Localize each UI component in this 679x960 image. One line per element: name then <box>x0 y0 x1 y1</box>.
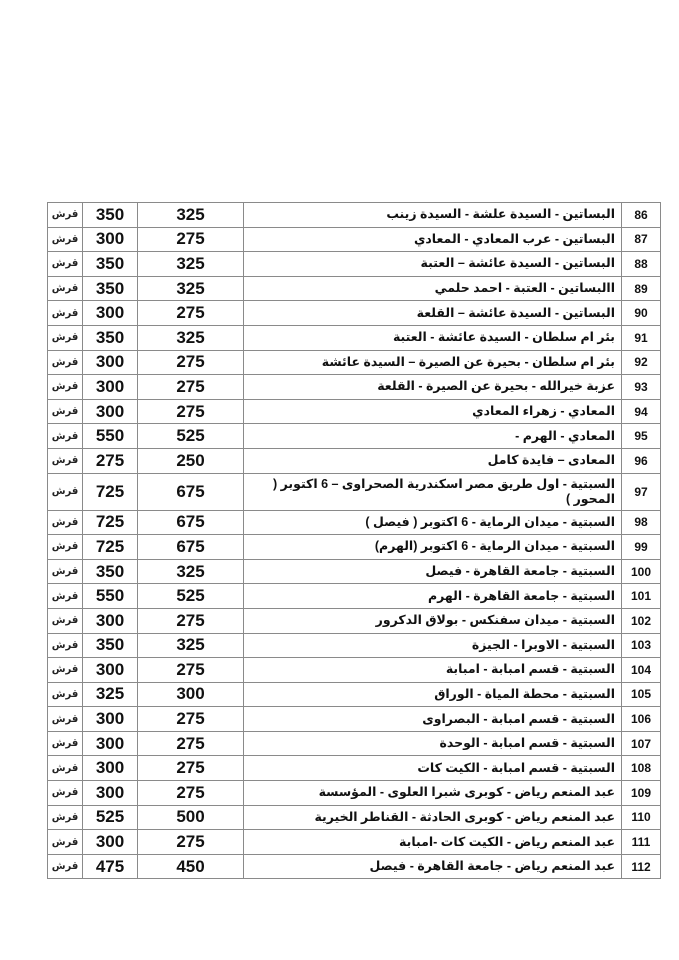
fare-high-cell: 725 <box>83 510 138 535</box>
line-number-cell: 105 <box>622 682 661 707</box>
fare-low-cell: 325 <box>138 276 244 301</box>
fare-low-cell: 275 <box>138 830 244 855</box>
table-row: قرش 475 450 عبد المنعم رياض - جامعة القا… <box>48 854 661 879</box>
route-cell: المعادى – فايدة كامل <box>244 448 622 473</box>
fare-low-cell: 325 <box>138 325 244 350</box>
line-number-cell: 98 <box>622 510 661 535</box>
currency-unit-cell: قرش <box>48 707 83 732</box>
route-cell: بئر ام سلطان - بحيرة عن الصيرة – السيدة … <box>244 350 622 375</box>
fare-high-cell: 300 <box>83 227 138 252</box>
line-number-cell: 108 <box>622 756 661 781</box>
fare-low-cell: 500 <box>138 805 244 830</box>
fare-high-cell: 300 <box>83 707 138 732</box>
line-number-cell: 102 <box>622 608 661 633</box>
currency-unit-cell: قرش <box>48 473 83 510</box>
fare-high-cell: 350 <box>83 559 138 584</box>
currency-unit-cell: قرش <box>48 682 83 707</box>
fare-low-cell: 325 <box>138 252 244 277</box>
fare-high-cell: 300 <box>83 399 138 424</box>
route-cell: السبتية - ميدان سفنكس - بولاق الدكرور <box>244 608 622 633</box>
currency-unit-cell: قرش <box>48 399 83 424</box>
line-number-cell: 92 <box>622 350 661 375</box>
fare-high-cell: 350 <box>83 325 138 350</box>
table-row: قرش 300 275 السبتية - قسم امبابة - البصر… <box>48 707 661 732</box>
fare-table: قرش 350 325 البساتين - السيدة علشة - الس… <box>47 202 661 879</box>
route-cell: السبتية - قسم امبابة - امبابة <box>244 658 622 683</box>
currency-unit-cell: قرش <box>48 510 83 535</box>
table-row: قرش 275 250 المعادى – فايدة كامل 96 <box>48 448 661 473</box>
fare-low-cell: 275 <box>138 227 244 252</box>
fare-high-cell: 350 <box>83 203 138 228</box>
table-row: قرش 300 275 عبد المنعم رياض - الكيت كات … <box>48 830 661 855</box>
currency-unit-cell: قرش <box>48 375 83 400</box>
fare-high-cell: 725 <box>83 535 138 560</box>
fare-high-cell: 725 <box>83 473 138 510</box>
table-row: قرش 725 675 السبتية - ميدان الرماية - 6 … <box>48 510 661 535</box>
fare-high-cell: 300 <box>83 830 138 855</box>
fare-high-cell: 550 <box>83 424 138 449</box>
fare-low-cell: 325 <box>138 559 244 584</box>
line-number-cell: 90 <box>622 301 661 326</box>
line-number-cell: 86 <box>622 203 661 228</box>
table-row: قرش 725 675 السبتية - ميدان الرماية - 6 … <box>48 535 661 560</box>
route-cell: عبد المنعم رياض - كوبرى الحادثة - القناط… <box>244 805 622 830</box>
route-cell: السبتية - قسم امبابة - البصراوى <box>244 707 622 732</box>
table-row: قرش 300 275 البساتين - السيدة عائشة – ال… <box>48 301 661 326</box>
table-row: قرش 300 275 السبتية - ميدان سفنكس - بولا… <box>48 608 661 633</box>
currency-unit-cell: قرش <box>48 559 83 584</box>
route-cell: البساتين - عرب المعادي - المعادي <box>244 227 622 252</box>
fare-high-cell: 550 <box>83 584 138 609</box>
fare-low-cell: 275 <box>138 375 244 400</box>
line-number-cell: 89 <box>622 276 661 301</box>
route-cell: البساتين - السيدة عائشة – القلعة <box>244 301 622 326</box>
line-number-cell: 97 <box>622 473 661 510</box>
currency-unit-cell: قرش <box>48 608 83 633</box>
line-number-cell: 88 <box>622 252 661 277</box>
fare-high-cell: 300 <box>83 608 138 633</box>
route-cell: السبتية - جامعة القاهرة - فيصل <box>244 559 622 584</box>
currency-unit-cell: قرش <box>48 658 83 683</box>
fare-high-cell: 475 <box>83 854 138 879</box>
currency-unit-cell: قرش <box>48 633 83 658</box>
route-cell: السبتية - محطة المياة - الوراق <box>244 682 622 707</box>
line-number-cell: 96 <box>622 448 661 473</box>
route-cell: المعادي - زهراء المعادي <box>244 399 622 424</box>
currency-unit-cell: قرش <box>48 252 83 277</box>
route-cell: السبتية - اول طريق مصر اسكندرية الصحراوى… <box>244 473 622 510</box>
table-row: قرش 300 275 عزبة خيرالله - بحيرة عن الصي… <box>48 375 661 400</box>
fare-low-cell: 275 <box>138 608 244 633</box>
line-number-cell: 99 <box>622 535 661 560</box>
table-row: قرش 300 275 بئر ام سلطان - بحيرة عن الصي… <box>48 350 661 375</box>
fare-low-cell: 675 <box>138 535 244 560</box>
fare-high-cell: 300 <box>83 658 138 683</box>
line-number-cell: 111 <box>622 830 661 855</box>
fare-high-cell: 300 <box>83 756 138 781</box>
fare-low-cell: 450 <box>138 854 244 879</box>
route-cell: االبساتين - العتبة - احمد حلمي <box>244 276 622 301</box>
currency-unit-cell: قرش <box>48 781 83 806</box>
fare-high-cell: 300 <box>83 301 138 326</box>
route-cell: عزبة خيرالله - بحيرة عن الصيرة - القلعة <box>244 375 622 400</box>
route-cell: السبتية - الاوبرا - الجيزة <box>244 633 622 658</box>
currency-unit-cell: قرش <box>48 584 83 609</box>
currency-unit-cell: قرش <box>48 756 83 781</box>
currency-unit-cell: قرش <box>48 854 83 879</box>
table-row: قرش 350 325 بئر ام سلطان - السيدة عائشة … <box>48 325 661 350</box>
route-cell: السبتية - قسم امبابة - الكيت كات <box>244 756 622 781</box>
fare-high-cell: 300 <box>83 375 138 400</box>
table-row: قرش 550 525 المعادي - الهرم - 95 <box>48 424 661 449</box>
fare-low-cell: 525 <box>138 584 244 609</box>
currency-unit-cell: قرش <box>48 731 83 756</box>
fare-high-cell: 350 <box>83 276 138 301</box>
table-row: قرش 525 500 عبد المنعم رياض - كوبرى الحا… <box>48 805 661 830</box>
line-number-cell: 100 <box>622 559 661 584</box>
currency-unit-cell: قرش <box>48 276 83 301</box>
fare-low-cell: 275 <box>138 731 244 756</box>
line-number-cell: 93 <box>622 375 661 400</box>
table-row: قرش 550 525 السبتية - جامعة القاهرة - ال… <box>48 584 661 609</box>
table-row: قرش 300 275 السبتية - قسم امبابة - الكيت… <box>48 756 661 781</box>
line-number-cell: 95 <box>622 424 661 449</box>
currency-unit-cell: قرش <box>48 227 83 252</box>
fare-table-body: قرش 350 325 البساتين - السيدة علشة - الس… <box>48 203 661 879</box>
table-row: قرش 300 275 عبد المنعم رياض - كوبرى شبرا… <box>48 781 661 806</box>
line-number-cell: 104 <box>622 658 661 683</box>
fare-low-cell: 675 <box>138 510 244 535</box>
fare-low-cell: 275 <box>138 301 244 326</box>
line-number-cell: 109 <box>622 781 661 806</box>
currency-unit-cell: قرش <box>48 805 83 830</box>
currency-unit-cell: قرش <box>48 424 83 449</box>
table-row: قرش 350 325 البساتين - السيدة عائشة – ال… <box>48 252 661 277</box>
fare-high-cell: 325 <box>83 682 138 707</box>
fare-high-cell: 300 <box>83 350 138 375</box>
line-number-cell: 110 <box>622 805 661 830</box>
line-number-cell: 106 <box>622 707 661 732</box>
table-row: قرش 300 275 المعادي - زهراء المعادي 94 <box>48 399 661 424</box>
table-row: قرش 350 325 االبساتين - العتبة - احمد حل… <box>48 276 661 301</box>
line-number-cell: 107 <box>622 731 661 756</box>
currency-unit-cell: قرش <box>48 350 83 375</box>
fare-low-cell: 250 <box>138 448 244 473</box>
route-cell: السبتية - جامعة القاهرة - الهرم <box>244 584 622 609</box>
fare-high-cell: 350 <box>83 633 138 658</box>
table-row: قرش 300 275 البساتين - عرب المعادي - الم… <box>48 227 661 252</box>
currency-unit-cell: قرش <box>48 448 83 473</box>
fare-high-cell: 350 <box>83 252 138 277</box>
route-cell: عبد المنعم رياض - الكيت كات -امبابة <box>244 830 622 855</box>
route-cell: المعادي - الهرم - <box>244 424 622 449</box>
table-row: قرش 725 675 السبتية - اول طريق مصر اسكند… <box>48 473 661 510</box>
fare-low-cell: 275 <box>138 707 244 732</box>
route-cell: عبد المنعم رياض - جامعة القاهرة - فيصل <box>244 854 622 879</box>
currency-unit-cell: قرش <box>48 830 83 855</box>
fare-high-cell: 275 <box>83 448 138 473</box>
fare-high-cell: 300 <box>83 781 138 806</box>
table-row: قرش 350 325 السبتية - جامعة القاهرة - في… <box>48 559 661 584</box>
line-number-cell: 103 <box>622 633 661 658</box>
line-number-cell: 87 <box>622 227 661 252</box>
line-number-cell: 101 <box>622 584 661 609</box>
fare-low-cell: 325 <box>138 203 244 228</box>
table-row: قرش 350 325 البساتين - السيدة علشة - الس… <box>48 203 661 228</box>
route-cell: البساتين - السيدة عائشة – العتبة <box>244 252 622 277</box>
currency-unit-cell: قرش <box>48 301 83 326</box>
route-cell: البساتين - السيدة علشة - السيدة زينب <box>244 203 622 228</box>
fare-low-cell: 275 <box>138 658 244 683</box>
table-row: قرش 325 300 السبتية - محطة المياة - الور… <box>48 682 661 707</box>
fare-low-cell: 275 <box>138 350 244 375</box>
fare-low-cell: 325 <box>138 633 244 658</box>
fare-low-cell: 275 <box>138 781 244 806</box>
line-number-cell: 91 <box>622 325 661 350</box>
route-cell: عبد المنعم رياض - كوبرى شبرا العلوى - ال… <box>244 781 622 806</box>
route-cell: السبتية - ميدان الرماية - 6 اكتوبر (الهر… <box>244 535 622 560</box>
table-row: قرش 350 325 السبتية - الاوبرا - الجيزة 1… <box>48 633 661 658</box>
line-number-cell: 112 <box>622 854 661 879</box>
fare-high-cell: 525 <box>83 805 138 830</box>
fare-high-cell: 300 <box>83 731 138 756</box>
line-number-cell: 94 <box>622 399 661 424</box>
currency-unit-cell: قرش <box>48 325 83 350</box>
fare-low-cell: 275 <box>138 399 244 424</box>
fare-low-cell: 275 <box>138 756 244 781</box>
route-cell: السبتية - ميدان الرماية - 6 اكتوبر ( فيص… <box>244 510 622 535</box>
table-row: قرش 300 275 السبتية - قسم امبابة - الوحد… <box>48 731 661 756</box>
currency-unit-cell: قرش <box>48 203 83 228</box>
currency-unit-cell: قرش <box>48 535 83 560</box>
fare-low-cell: 525 <box>138 424 244 449</box>
table-row: قرش 300 275 السبتية - قسم امبابة - امباب… <box>48 658 661 683</box>
fare-low-cell: 300 <box>138 682 244 707</box>
route-cell: بئر ام سلطان - السيدة عائشة - العتبة <box>244 325 622 350</box>
route-cell: السبتية - قسم امبابة - الوحدة <box>244 731 622 756</box>
fare-low-cell: 675 <box>138 473 244 510</box>
